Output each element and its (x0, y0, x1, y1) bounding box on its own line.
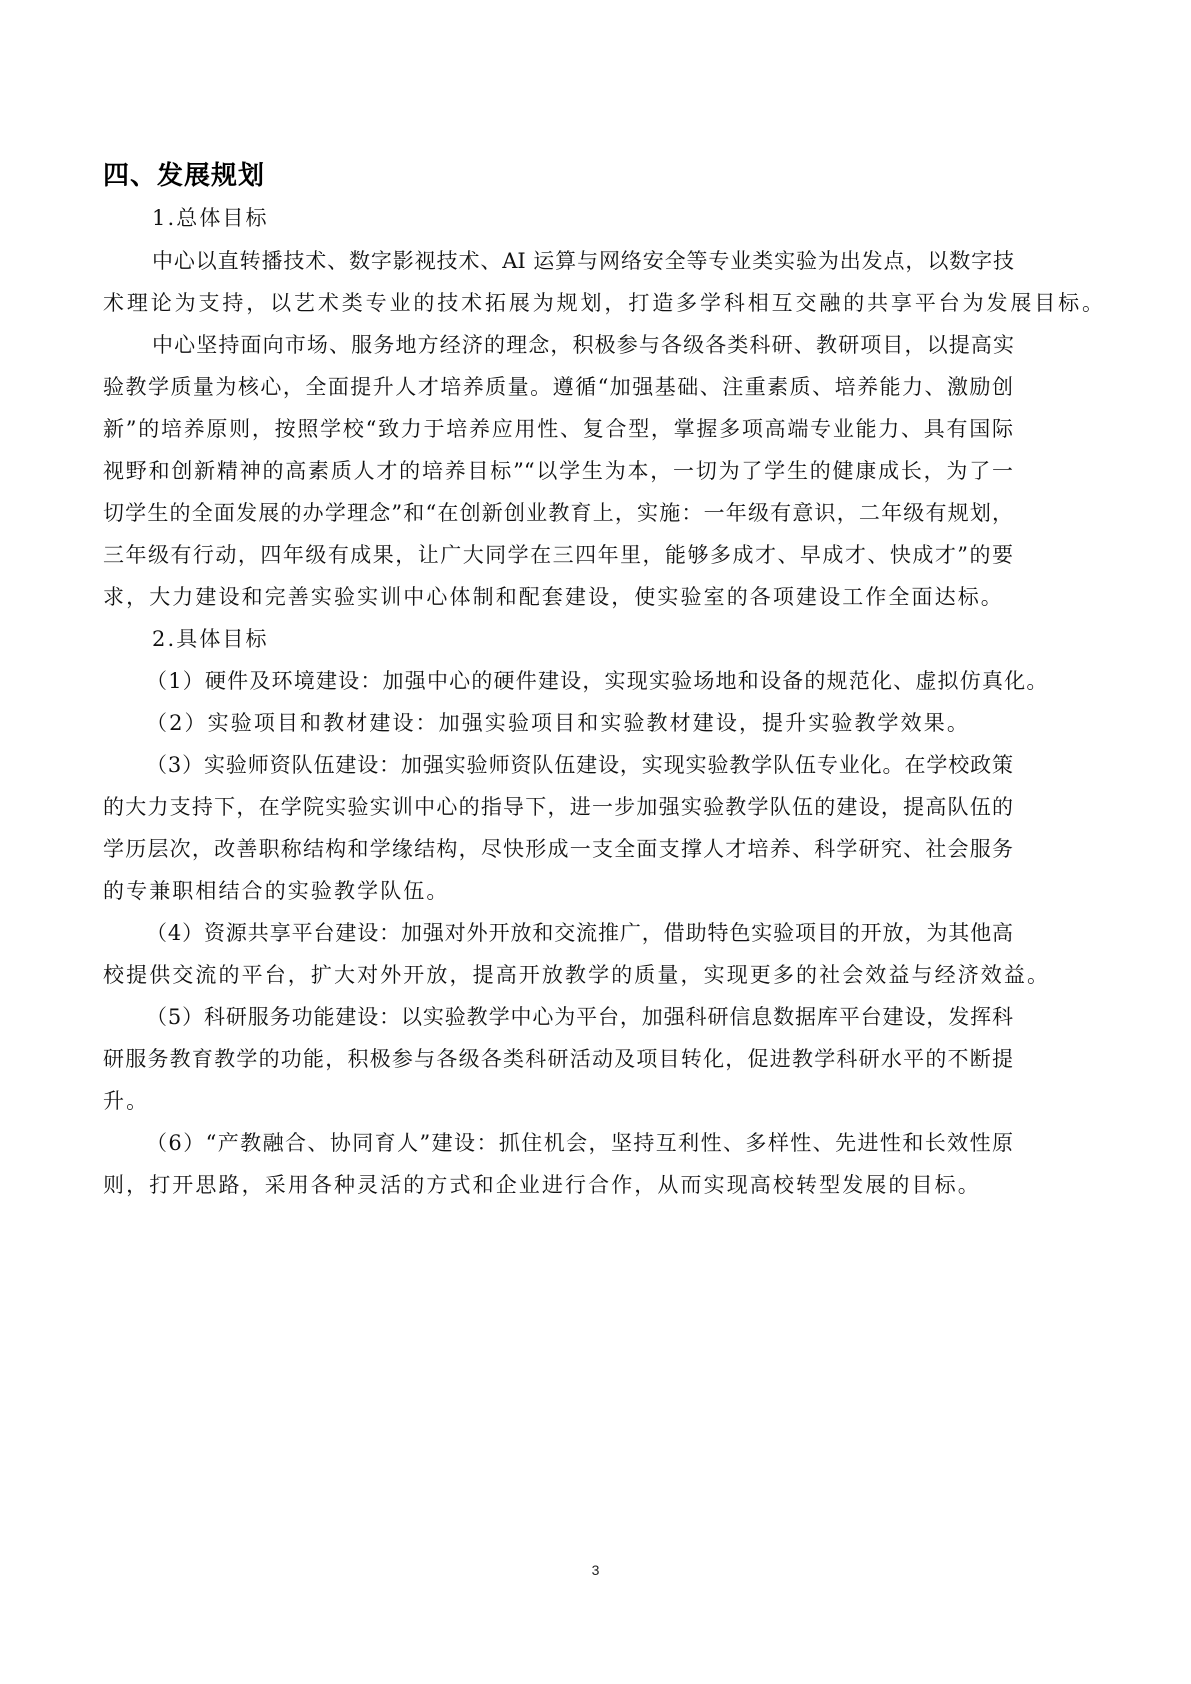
page-number: 3 (0, 1562, 1191, 1578)
text-line: 校提供交流的平台，扩大对外开放，提高开放教学的质量，实现更多的社会效益与经济效益… (103, 961, 1050, 989)
text-line: 新”的培养原则，按照学校“致力于培养应用性、复合型，掌握多项高端专业能力、具有国… (103, 415, 1013, 443)
subsection-title-overall-goals: 1.总体目标 (152, 204, 269, 232)
section-heading: 四、发展规划 (103, 155, 265, 192)
text-line: 术理论为支持，以艺术类专业的技术拓展为规划，打造多学科相互交融的共享平台为发展目… (103, 289, 1103, 317)
text-line: 求，大力建设和完善实验实训中心体制和配套建设，使实验室的各项建设工作全面达标。 (103, 583, 1004, 611)
text-line: 三年级有行动，四年级有成果，让广大同学在三四年里，能够多成才、早成才、快成才”的… (103, 541, 1013, 569)
text-line: （5）科研服务功能建设：以实验教学中心为平台，加强科研信息数据库平台建设，发挥科 (146, 1003, 1013, 1031)
text-line: 验教学质量为核心，全面提升人才培养质量。遵循“加强基础、注重素质、培养能力、激励… (103, 373, 1013, 401)
text-line: （3）实验师资队伍建设：加强实验师资队伍建设，实现实验教学队伍专业化。在学校政策 (146, 751, 1013, 779)
text-line: 的专兼职相结合的实验教学队伍。 (103, 877, 450, 905)
text-line: 学历层次，改善职称结构和学缘结构，尽快形成一支全面支撑人才培养、科学研究、社会服… (103, 835, 1013, 863)
text-line: 则，打开思路，采用各种灵活的方式和企业进行合作，从而实现高校转型发展的目标。 (103, 1171, 981, 1199)
text-line: 的大力支持下，在学院实验实训中心的指导下，进一步加强实验教学队伍的建设，提高队伍… (103, 793, 1013, 821)
text-line: 升。 (103, 1087, 149, 1115)
text-line: （2）实验项目和教材建设：加强实验项目和实验教材建设，提升实验教学效果。 (146, 709, 970, 737)
text-line: 切学生的全面发展的办学理念”和“在创新创业教育上，实施：一年级有意识，二年级有规… (103, 499, 1013, 527)
text-line: 视野和创新精神的高素质人才的培养目标”“以学生为本，一切为了学生的健康成长，为了… (103, 457, 1013, 485)
subsection-title-specific-goals: 2.具体目标 (152, 625, 269, 653)
document-page: 四、发展规划 1.总体目标 中心以直转播技术、数字影视技术、AI 运算与网络安全… (0, 0, 1191, 1684)
text-line: （6）“产教融合、协同育人”建设：抓住机会，坚持互利性、多样性、先进性和长效性原 (146, 1129, 1013, 1157)
text-line: 研服务教育教学的功能，积极参与各级各类科研活动及项目转化，促进教学科研水平的不断… (103, 1045, 1013, 1073)
text-line: （1）硬件及环境建设：加强中心的硬件建设，实现实验场地和设备的规范化、虚拟仿真化… (146, 667, 1049, 695)
text-line: 中心坚持面向市场、服务地方经济的理念，积极参与各级各类科研、教研项目，以提高实 (152, 331, 1014, 359)
text-line: （4）资源共享平台建设：加强对外开放和交流推广，借助特色实验项目的开放，为其他高 (146, 919, 1013, 947)
text-line: 中心以直转播技术、数字影视技术、AI 运算与网络安全等专业类实验为出发点，以数字… (152, 247, 1014, 275)
